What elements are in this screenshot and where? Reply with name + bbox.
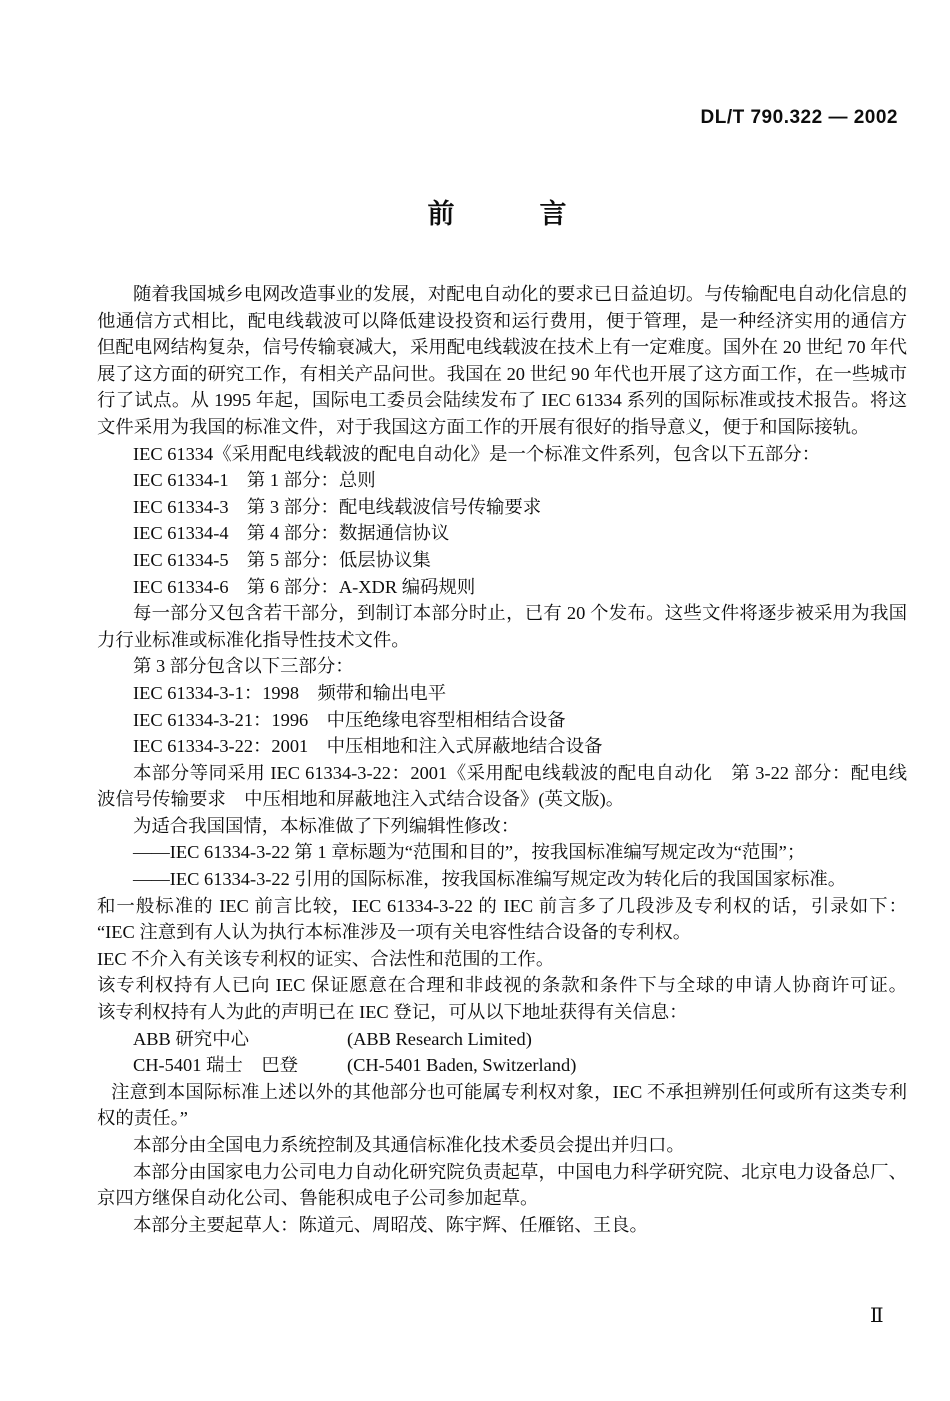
- text-line: “IEC 注意到有人认为执行本标准涉及一项有关电容性结合设备的专利权。: [97, 919, 907, 946]
- text-line: 波信号传输要求 中压相地和屏蔽地注入式结合设备》(英文版)。: [97, 786, 907, 813]
- text-line: 随着我国城乡电网改造事业的发展，对配电自动化的要求已日益迫切。与传输配电自动化信…: [97, 281, 907, 308]
- address-en: (CH-5401 Baden, Switzerland): [347, 1055, 576, 1075]
- text-line: 为适合我国国情，本标准做了下列编辑性修改：: [97, 813, 907, 840]
- page-number: Ⅱ: [870, 1303, 884, 1328]
- text-line: 文件采用为我国的标准文件，对于我国这方面工作的开展有很好的指导意义，便于和国际接…: [97, 414, 907, 441]
- text-line: IEC 61334-3-21：1996 中压绝缘电容型相相结合设备: [97, 707, 907, 734]
- text-line: 展了这方面的研究工作，有相关产品问世。我国在 20 世纪 90 年代也开展了这方…: [97, 361, 907, 388]
- text-line: 和一般标准的 IEC 前言比较，IEC 61334-3-22 的 IEC 前言多…: [97, 893, 907, 920]
- address-en: (ABB Research Limited): [347, 1029, 532, 1049]
- text-line: ——IEC 61334-3-22 第 1 章标题为“范围和目的”，按我国标准编写…: [97, 839, 907, 866]
- text-line: IEC 61334-3 第 3 部分：配电线载波信号传输要求: [97, 494, 907, 521]
- doc-number: DL/T 790.322 — 2002: [701, 107, 899, 129]
- page-title: 前 言: [0, 192, 950, 231]
- text-line: 每一部分又包含若干部分，到制订本部分时止，已有 20 个发布。这些文件将逐步被采…: [97, 600, 907, 627]
- text-line: IEC 61334-1 第 1 部分：总则: [97, 467, 907, 494]
- text-line: 权的责任。”: [97, 1105, 907, 1132]
- text-line: 第 3 部分包含以下三部分：: [97, 653, 907, 680]
- text-line: IEC 61334-3-22：2001 中压相地和注入式屏蔽地结合设备: [97, 733, 907, 760]
- text-line: IEC 61334-5 第 5 部分：低层协议集: [97, 547, 907, 574]
- text-line: IEC 不介入有关该专利权的证实、合法性和范围的工作。: [97, 946, 907, 973]
- text-line: 本部分等同采用 IEC 61334-3-22：2001《采用配电线载波的配电自动…: [97, 760, 907, 787]
- page-title-char-left: 前: [428, 192, 455, 231]
- text-line: 本部分主要起草人：陈道元、周昭茂、陈宇辉、任雁铭、王良。: [97, 1212, 907, 1239]
- text-line: 本部分由全国电力系统控制及其通信标准化技术委员会提出并归口。: [97, 1132, 907, 1159]
- text-line: 但配电网结构复杂，信号传输衰减大，采用配电线载波在技术上有一定难度。国外在 20…: [97, 334, 907, 361]
- text-line: IEC 61334-3-1：1998 频带和输出电平: [97, 680, 907, 707]
- address-line: CH-5401 瑞士 巴登(CH-5401 Baden, Switzerland…: [97, 1052, 907, 1079]
- document-page: DL/T 790.322 — 2002 前 言 随着我国城乡电网改造事业的发展，…: [0, 0, 950, 1401]
- text-line: 他通信方式相比，配电线载波可以降低建设投资和运行费用，便于管理，是一种经济实用的…: [97, 308, 907, 335]
- text-line: 力行业标准或标准化指导性技术文件。: [97, 627, 907, 654]
- text-line: 本部分由国家电力公司电力自动化研究院负责起草，中国电力科学研究院、北京电力设备总…: [97, 1159, 907, 1186]
- text-line: IEC 61334《采用配电线载波的配电自动化》是一个标准文件系列，包含以下五部…: [97, 441, 907, 468]
- address-cn: ABB 研究中心: [133, 1026, 347, 1053]
- page-title-char-right: 言: [540, 192, 567, 231]
- text-line: 该专利权持有人为此的声明已在 IEC 登记，可从以下地址获得有关信息：: [97, 999, 907, 1026]
- address-cn: CH-5401 瑞士 巴登: [133, 1052, 347, 1079]
- text-line: 行了试点。从 1995 年起，国际电工委员会陆续发布了 IEC 61334 系列…: [97, 387, 907, 414]
- text-line: IEC 61334-4 第 4 部分：数据通信协议: [97, 520, 907, 547]
- text-line: 京四方继保自动化公司、鲁能积成电子公司参加起草。: [97, 1185, 907, 1212]
- address-line: ABB 研究中心(ABB Research Limited): [97, 1026, 907, 1053]
- body-text: 随着我国城乡电网改造事业的发展，对配电自动化的要求已日益迫切。与传输配电自动化信…: [97, 281, 907, 1238]
- text-line: 该专利权持有人已向 IEC 保证愿意在合理和非歧视的条款和条件下与全球的申请人协…: [97, 972, 907, 999]
- text-line: ——IEC 61334-3-22 引用的国际标准，按我国标准编写规定改为转化后的…: [97, 866, 907, 893]
- text-line: 注意到本国际标准上述以外的其他部分也可能属专利权对象，IEC 不承担辨别任何或所…: [97, 1079, 907, 1106]
- text-line: IEC 61334-6 第 6 部分：A-XDR 编码规则: [97, 574, 907, 601]
